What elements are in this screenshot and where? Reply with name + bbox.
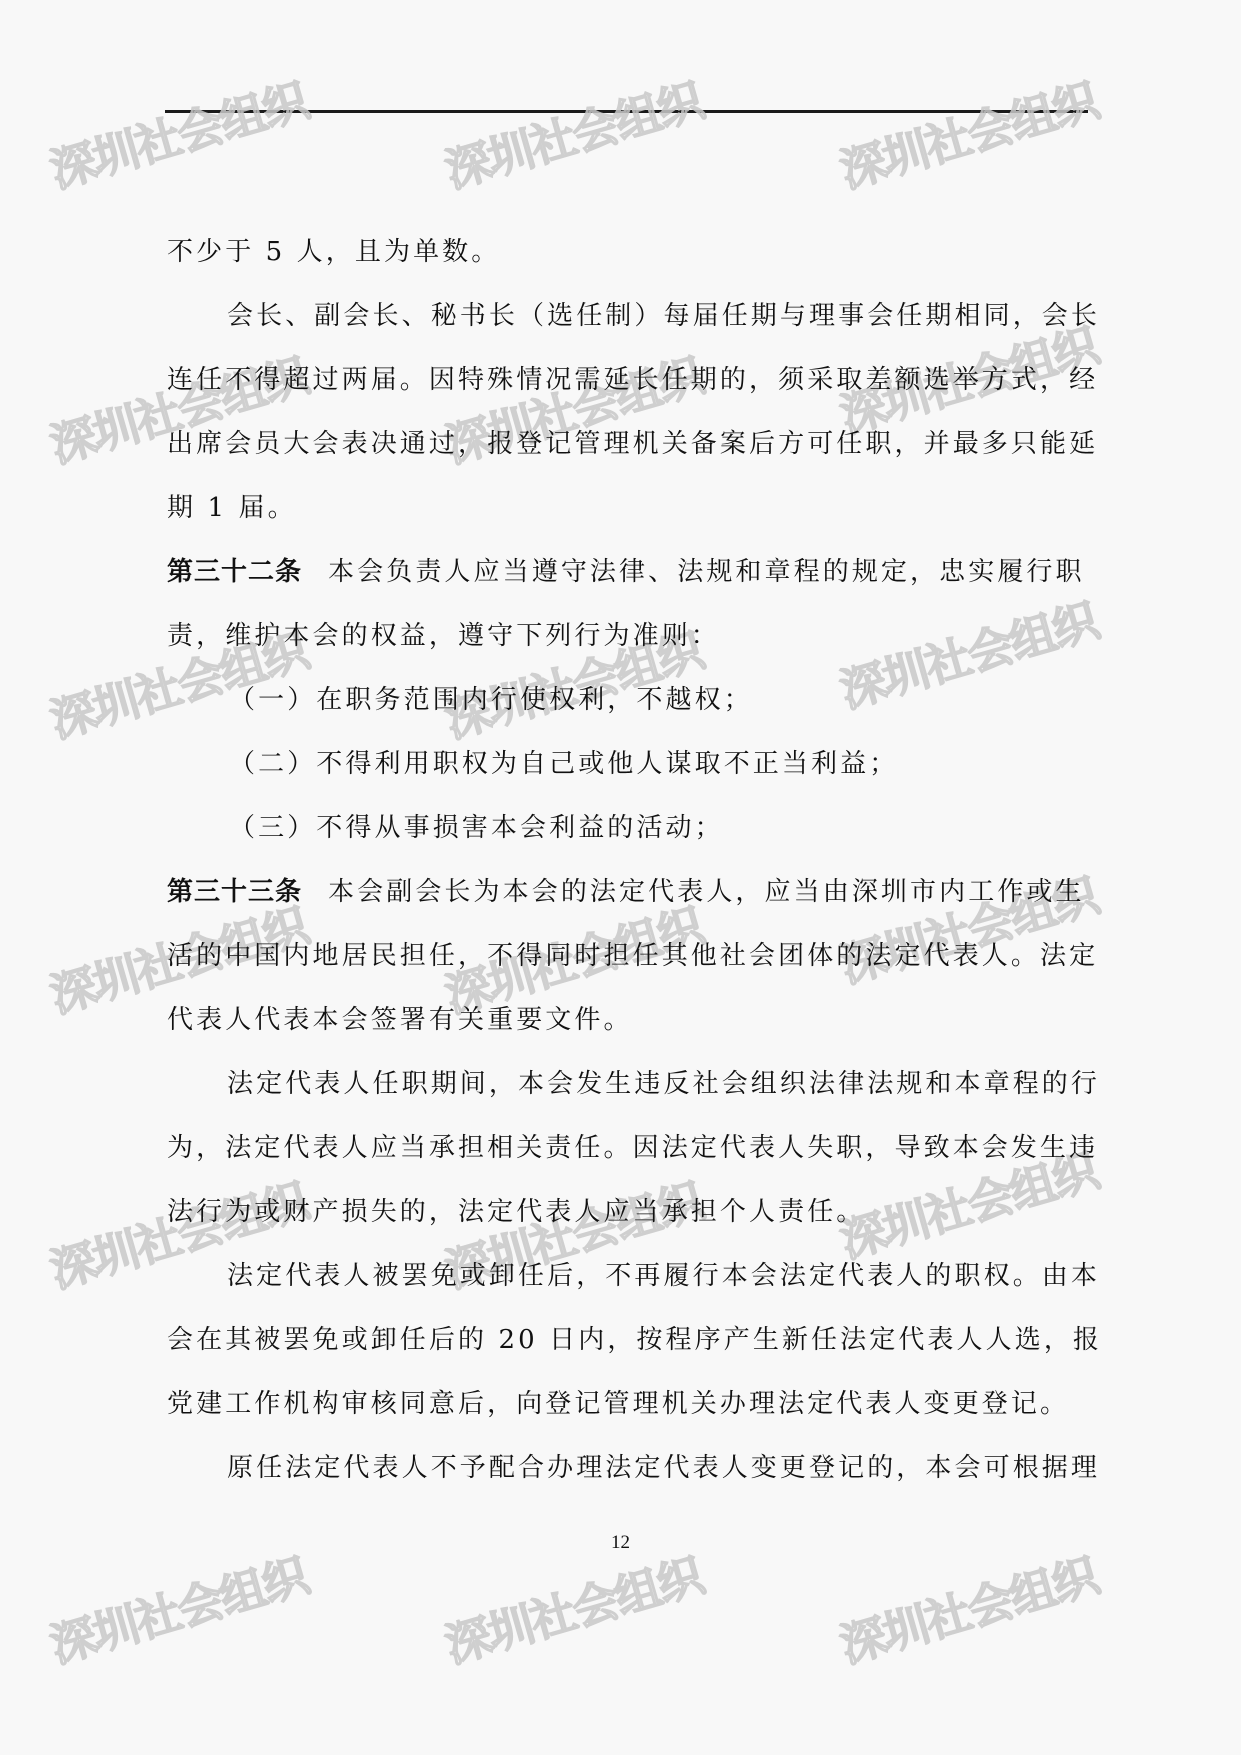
list-item: （三）不得从事损害本会利益的活动； <box>167 800 1089 864</box>
watermark: 深圳社会组织 <box>437 65 709 201</box>
list-item: （一）在职务范围内行使权利，不越权； <box>167 672 1089 736</box>
text-line: 期 1 届。 <box>167 480 1089 544</box>
text-line: 会在其被罢免或卸任后的 20 日内，按程序产生新任法定代表人人选，报 <box>167 1312 1089 1376</box>
watermark: 深圳社会组织 <box>832 65 1104 201</box>
text-line: 为，法定代表人应当承担相关责任。因法定代表人失职，导致本会发生违 <box>167 1120 1089 1184</box>
list-item: （二）不得利用职权为自己或他人谋取不正当利益； <box>167 736 1089 800</box>
text-line: 法行为或财产损失的，法定代表人应当承担个人责任。 <box>167 1184 1089 1248</box>
paragraph-start: 原任法定代表人不予配合办理法定代表人变更登记的，本会可根据理 <box>167 1440 1089 1504</box>
article-32: 第三十二条本会负责人应当遵守法律、法规和章程的规定，忠实履行职 <box>167 544 1089 608</box>
text-line: 不少于 5 人，且为单数。 <box>167 224 1089 288</box>
article-text: 本会副会长为本会的法定代表人，应当由深圳市内工作或生 <box>328 877 1085 907</box>
watermark: 深圳社会组织 <box>437 1540 709 1676</box>
article-text: 本会负责人应当遵守法律、法规和章程的规定，忠实履行职 <box>328 557 1085 587</box>
text-line: 出席会员大会表决通过，报登记管理机关备案后方可任职，并最多只能延 <box>167 416 1089 480</box>
text-line: 责，维护本会的权益，遵守下列行为准则： <box>167 608 1089 672</box>
paragraph-start: 法定代表人任职期间，本会发生违反社会组织法律法规和本章程的行 <box>167 1056 1089 1120</box>
article-33: 第三十三条本会副会长为本会的法定代表人，应当由深圳市内工作或生 <box>167 864 1089 928</box>
watermark: 深圳社会组织 <box>42 65 314 201</box>
article-label: 第三十二条 <box>167 557 302 587</box>
watermark: 深圳社会组织 <box>42 1540 314 1676</box>
paragraph-start: 会长、副会长、秘书长（选任制）每届任期与理事会任期相同，会长 <box>167 288 1089 352</box>
paragraph-start: 法定代表人被罢免或卸任后，不再履行本会法定代表人的职权。由本 <box>167 1248 1089 1312</box>
text-line: 活的中国内地居民担任，不得同时担任其他社会团体的法定代表人。法定 <box>167 928 1089 992</box>
text-line: 连任不得超过两届。因特殊情况需延长任期的，须采取差额选举方式，经 <box>167 352 1089 416</box>
page-number: 12 <box>0 1532 1241 1554</box>
document-page: 深圳社会组织 深圳社会组织 深圳社会组织 深圳社会组织 深圳社会组织 深圳社会组… <box>0 0 1241 1755</box>
text-line: 党建工作机构审核同意后，向登记管理机关办理法定代表人变更登记。 <box>167 1376 1089 1440</box>
body-text: 不少于 5 人，且为单数。 会长、副会长、秘书长（选任制）每届任期与理事会任期相… <box>167 224 1089 1504</box>
watermark: 深圳社会组织 <box>832 1540 1104 1676</box>
header-rule <box>165 110 1088 113</box>
article-label: 第三十三条 <box>167 877 302 907</box>
text-line: 代表人代表本会签署有关重要文件。 <box>167 992 1089 1056</box>
